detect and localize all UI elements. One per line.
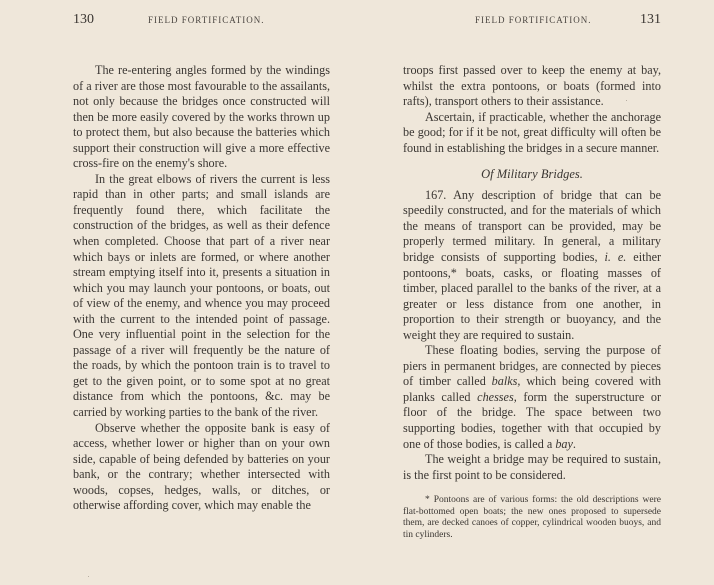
paragraph: The weight a bridge may be required to s… xyxy=(403,452,661,483)
paragraph: The re-entering angles formed by the win… xyxy=(73,63,330,172)
italic-term: balks, xyxy=(492,374,521,388)
left-page-body: The re-entering angles formed by the win… xyxy=(73,63,330,514)
running-head: FIELD FORTIFICATION. xyxy=(148,15,264,25)
paragraph-167: 167. Any description of bridge that can … xyxy=(403,188,661,343)
page-number: 130 xyxy=(73,12,94,28)
italic-term: i. e. xyxy=(605,250,627,264)
italic-term: chesses, xyxy=(477,390,517,404)
footnote: * Pontoons are of various forms: the old… xyxy=(403,495,661,541)
page-number: 131 xyxy=(640,12,661,28)
paper-speck xyxy=(626,100,627,101)
left-page: 130 FIELD FORTIFICATION. The re-entering… xyxy=(73,0,330,585)
right-page-header: FIELD FORTIFICATION. 131 xyxy=(403,12,661,28)
paper-speck xyxy=(88,576,89,577)
right-page: FIELD FORTIFICATION. 131 troops first pa… xyxy=(403,0,661,585)
paragraph: Observe whether the opposite bank is eas… xyxy=(73,421,330,514)
paragraph: In the great elbows of rivers the curren… xyxy=(73,172,330,421)
paragraph-number: 167. xyxy=(425,188,446,202)
section-title: Of Military Bridges. xyxy=(403,167,661,183)
italic-term: bay xyxy=(555,437,573,451)
paragraph: These floating bodies, serving the purpo… xyxy=(403,343,661,452)
paragraph: Ascertain, if practicable, whether the a… xyxy=(403,110,661,157)
right-page-body: troops first passed over to keep the ene… xyxy=(403,63,661,541)
left-page-header: 130 FIELD FORTIFICATION. xyxy=(73,12,330,28)
paper-speck xyxy=(627,120,628,121)
text: . xyxy=(573,437,576,451)
paragraph-continuation: troops first passed over to keep the ene… xyxy=(403,63,661,110)
running-head: FIELD FORTIFICATION. xyxy=(475,15,591,25)
